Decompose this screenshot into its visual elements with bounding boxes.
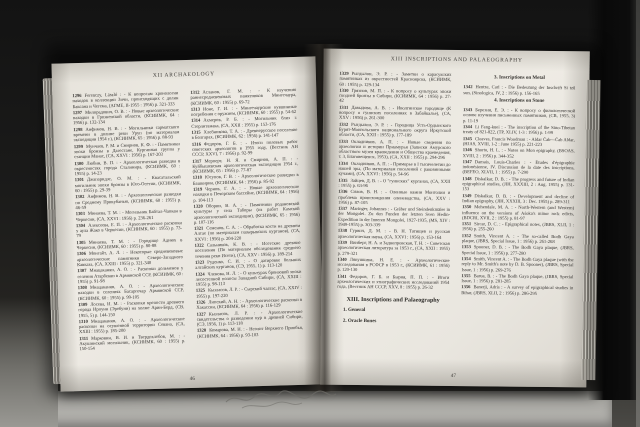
bib-entry: 1352Smith, Vincent A. : - The so-called … — [462, 233, 574, 245]
bib-entry: 1333Окладников, А. П. : - Новые сведения… — [339, 138, 451, 160]
bib-entry: 1354Smith, Vincent A. : - The Bodh Gaya … — [461, 256, 573, 273]
entry-number: 1298 — [73, 127, 82, 132]
right-page-column-1-entries: 1329Рыгдылон, Э. Р. : - Заметки о карасу… — [337, 71, 451, 291]
bib-entry: 1346Shorto, H. L. : - Notes on Mon epigr… — [463, 147, 575, 159]
bib-entry: 1344Li Fang-kuei : - The inscription of … — [463, 124, 575, 136]
entry-number: 1306 — [77, 251, 86, 256]
entry-number: 1355 — [461, 273, 470, 278]
running-head-left: XII ARCHAEOLOGY — [52, 68, 316, 81]
bib-entry: 1355Barua, B. : - The Bodh Gaya plaque, … — [461, 273, 573, 285]
bib-entry: 1342Hentze, Carl : - Die Bedeutung der I… — [463, 84, 575, 96]
entry-number: 1318 — [193, 175, 202, 180]
entry-number: 1324 — [195, 271, 204, 276]
book-photo: XII ARCHAEOLOGY 1296Ferenczy, László : -… — [0, 0, 640, 427]
bib-entry: 1317Мерперт, Н. Я. и Смирнов, А. П. : - … — [192, 155, 298, 174]
bib-entry: 1308Мнацаканян, А. О. : - Археологически… — [78, 282, 184, 301]
bib-entry: 1341Федоров, Г. Б. и Бырня, П. П. : - Ит… — [337, 273, 449, 290]
bib-entry: 1343Березин, Е. Э. : - К вопросу о филол… — [463, 107, 575, 124]
entry-number: 1345 — [463, 136, 472, 141]
entry-number: 1312 — [190, 90, 199, 95]
bib-entry: 1322Сальников, К. В. : - Исетские древни… — [195, 240, 301, 259]
entry-number: 1346 — [463, 147, 472, 152]
bib-entry: 1339Винберг, Н. А. и Заднепровская, Т. Н… — [338, 240, 450, 257]
bib-entry: 1309Лосева, И. М. : - Раскопки крепости … — [78, 299, 184, 318]
bib-entry: 1351Sircar, D. C. : - Epigraphical notes… — [462, 221, 574, 233]
entry-number: 1296 — [72, 93, 81, 98]
bib-entry: 1338Гурвич, Д. М. : - В. Н. Татищев и ру… — [338, 228, 450, 240]
entry-number: 1314 — [191, 118, 200, 123]
bib-entry: 1345Cleaves, Francis Woodman : - Aldar Č… — [463, 136, 575, 148]
entry-number: 1302 — [75, 194, 84, 199]
entry-number: 1343 — [463, 107, 472, 112]
right-page-column-1: 1329Рыгдылон, Э. Р. : - Заметки о карасу… — [336, 71, 451, 372]
bib-entry: 1310Мнацаканян, А. О. : - Археологически… — [79, 316, 185, 335]
entry-number: 1309 — [78, 302, 87, 307]
entry-number: 1300 — [74, 160, 83, 165]
entry-number: 1311 — [79, 336, 88, 341]
bib-entry: 1321Семенов, С. А. : - Обработка кости н… — [194, 223, 300, 242]
bib-entry: 1312Асланов, Г. М. : - К изучению раннес… — [190, 87, 296, 106]
entry-number: 1347 — [463, 159, 472, 164]
bib-entry: 1327Кызласов, Л. Р. : - Археологические … — [196, 308, 302, 327]
bib-entry: 1340Ляпушкина, Н. Е. : - Археологические… — [337, 257, 449, 274]
entry-number: 1328 — [197, 328, 206, 333]
pencil-scribble — [222, 384, 340, 412]
bib-entry: 1301Джапаридзе, О. М. : - Квасатальский … — [75, 175, 181, 194]
subsection-oracle-bones: 2. Oracle Bones — [343, 319, 449, 325]
entry-number: 1297 — [73, 110, 82, 115]
entry-number: 1326 — [196, 300, 205, 305]
entry-number: 1321 — [194, 226, 203, 231]
bib-entry: 1331Давыдова, А. В. : - Иволгинское горо… — [339, 105, 451, 122]
bib-entry: 1330Грязнов, М. П. : - К вопросу о культ… — [339, 88, 451, 105]
book-spine-gutter — [304, 44, 344, 392]
entry-number: 1327 — [196, 311, 205, 316]
bib-entry: 1337Maringer, Johannes : - Gräber und St… — [338, 206, 450, 228]
bib-entry: 1329Рыгдылон, Э. Р. : - Заметки о карасу… — [339, 71, 451, 88]
entry-number: 1354 — [462, 256, 471, 261]
entry-number: 1313 — [191, 107, 200, 112]
subsection-heading: 3. Inscriptions on Metal — [463, 75, 575, 81]
bib-entry: 1356Banerji, Adris : - A survey of epigr… — [461, 284, 573, 296]
entry-number: 1351 — [462, 221, 471, 226]
bib-entry: 1320Оборин, В. А. : - Памятники родановс… — [193, 201, 300, 225]
entry-number: 1315 — [191, 130, 200, 135]
bib-entry: 1336Силов, В. Н. : - Оленные камни Монго… — [338, 189, 450, 206]
entry-number: 1310 — [79, 319, 88, 324]
bib-entry: 1350Mehendale, M. A. : - North-Western (… — [462, 204, 574, 221]
bib-entry: 1332Рыгдылон, Э. Р. : - Городища Усть-Ор… — [339, 121, 451, 138]
bib-entry: 1299Мунчаев, Р. М. и Смирнов, К. Ф. : - … — [74, 141, 180, 160]
bib-entry: 1335Зайцев, Д. В. : - О "гуннских" курга… — [338, 177, 450, 189]
bib-entry: 1311Марковин, В. И. и Твердохлебов, М. :… — [79, 333, 185, 352]
entry-number: 1350 — [462, 204, 471, 209]
left-page: XII ARCHAEOLOGY 1296Ferenczy, László : -… — [51, 56, 324, 391]
entry-number: 1352 — [462, 233, 471, 238]
entry-number: 1322 — [195, 243, 204, 248]
bib-entry: 1353Spooner, D. B. : - The Bodh Gaya pla… — [462, 244, 574, 256]
bib-entry: 1349Diskalkar, D. B. : - Development and… — [462, 193, 574, 205]
bib-entry: 1328Комарова, М. Н. : - Неолит Верхнего … — [197, 325, 303, 339]
right-page-column-2: 3. Inscriptions on Metal1342Hentze, Carl… — [460, 72, 575, 373]
left-page-column-1: 1296Ferenczy, László : - К вопросам хрон… — [72, 90, 186, 373]
entry-number: 1307 — [77, 268, 86, 273]
entry-number: 1349 — [462, 193, 471, 198]
bib-entry: 1300Любин, В. П. : - Археологическая раз… — [74, 158, 180, 177]
entry-number: 1303 — [76, 211, 85, 216]
entry-number: 1301 — [75, 177, 84, 182]
entry-number: 1317 — [192, 158, 201, 163]
frame-edge — [636, 0, 640, 427]
entry-number: 1316 — [192, 141, 201, 146]
running-head-right: XIII INSCRIPTIONS AND PALAEOGRAPHY — [324, 56, 590, 65]
entry-number: 1344 — [463, 124, 472, 129]
entry-number: 1319 — [193, 187, 202, 192]
bib-entry: 1296Ferenczy, László : - К вопросам хрон… — [72, 90, 178, 109]
bib-entry: 1302Анфимов, Н. В. : - Археологические р… — [75, 192, 181, 211]
entry-number: 1305 — [76, 240, 85, 245]
subsection-heading: 4. Inscriptions on Stone — [463, 98, 575, 104]
entry-number: 1323 — [195, 259, 204, 264]
bib-entry: 1297Милорадович, О. В. : - Новые археоло… — [73, 107, 179, 126]
bib-entry: 1347Damais, Louis-Charles : - Études d'é… — [462, 159, 574, 176]
bib-entry: 1348Diskalkar, D. B. : - The progress an… — [462, 176, 574, 193]
entry-number: 1353 — [462, 244, 471, 249]
bib-entry: 1319Чернов, Г. А. : - Новые археологичес… — [193, 184, 299, 203]
left-page-column-2: 1312Асланов, Г. М. : - К изучению раннес… — [190, 87, 304, 370]
entry-number: 1356 — [461, 284, 470, 289]
entry-number: 1348 — [462, 176, 471, 181]
entry-number: 1342 — [463, 84, 472, 89]
section-heading: XIII. Inscriptions and Palaeography — [337, 297, 449, 303]
bib-entry: 1306Монгайт, А. Л. : - Некоторые среднев… — [77, 248, 183, 267]
bib-entry: 1304Алексеева, Е. П. : - Археологические… — [76, 220, 182, 239]
right-page: XIII INSCRIPTIONS AND PALAEOGRAPHY 1329Р… — [320, 49, 590, 388]
entry-number: 1308 — [78, 285, 87, 290]
bib-entry: 1316Федоров, Г. Б. : - Итоги полевых раб… — [192, 139, 298, 158]
entry-number: 1325 — [196, 288, 205, 293]
entry-number: 1304 — [76, 223, 85, 228]
bib-entry: 1298Анфимов, Н. В. : - Могильники сармат… — [73, 124, 179, 143]
bib-entry: 1324Членова, Н. Л. : - О культурах бронз… — [195, 268, 301, 287]
bib-entry: 1334Окладников, А. П. : - Приморье в I т… — [338, 161, 450, 178]
subsection-general: 1. General — [343, 308, 449, 314]
bib-entry: 1307Мнацаканян, А. О. : - Раскопки дольм… — [77, 265, 183, 284]
entry-number: 1320 — [193, 204, 202, 209]
entry-number: 1299 — [74, 144, 83, 149]
